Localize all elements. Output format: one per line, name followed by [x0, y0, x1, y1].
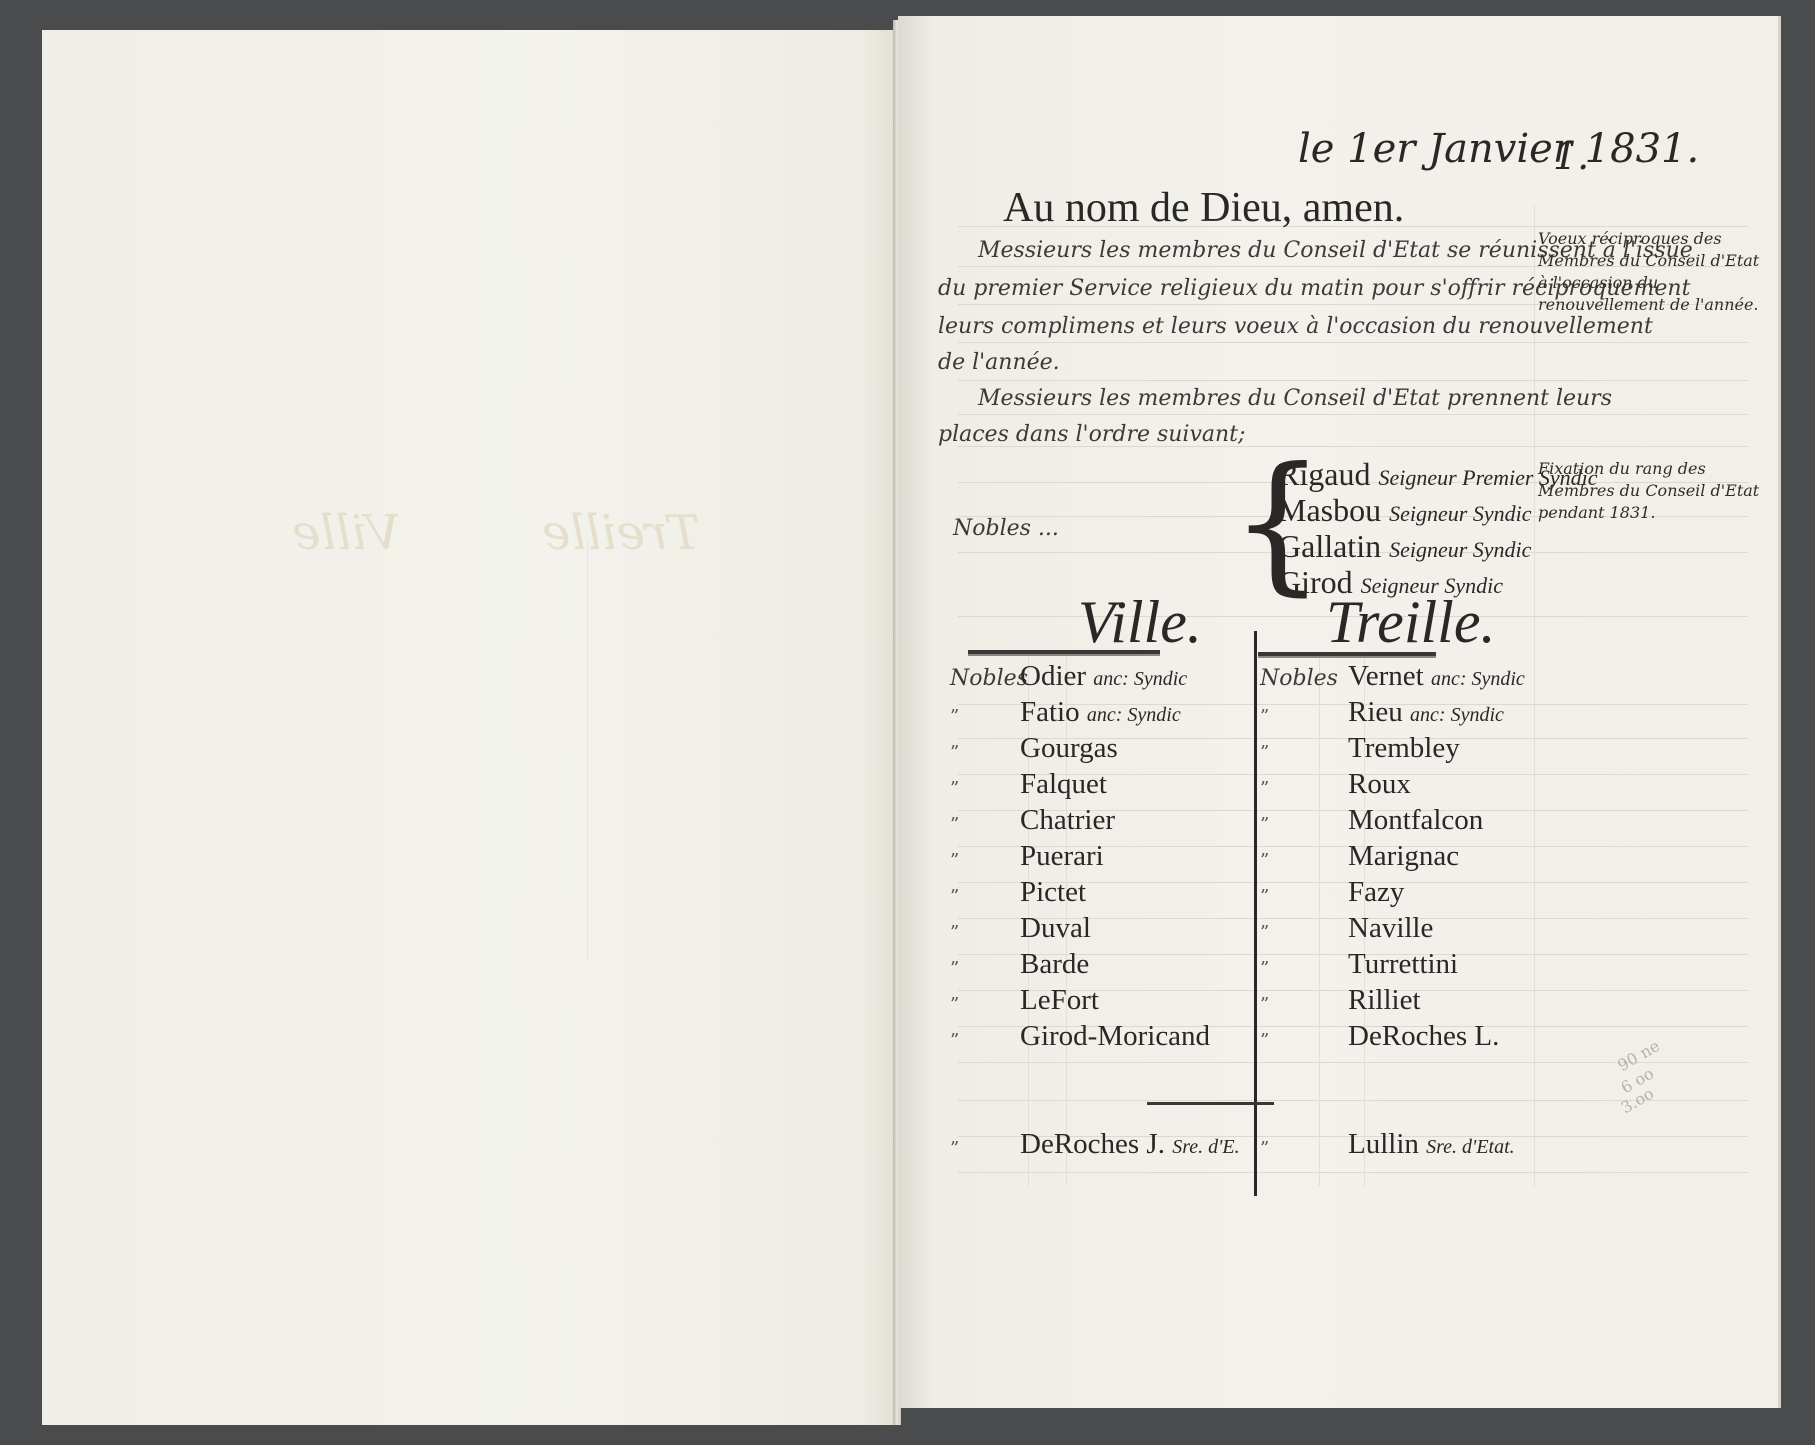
ditto-mark: ” — [1260, 922, 1269, 943]
member-name: Montfalcon — [1348, 804, 1483, 836]
member-row: Trembley — [1348, 732, 1460, 765]
member-name: Fazy — [1348, 876, 1404, 908]
member-name: Fatio — [1020, 696, 1080, 728]
member-row: Turrettini — [1348, 948, 1458, 981]
member-row: Rilliet — [1348, 984, 1421, 1017]
member-name: Vernet — [1348, 660, 1424, 692]
member-name: Barde — [1020, 948, 1089, 980]
nobles-label: Nobles — [950, 666, 1028, 691]
syndic-entry: Masbou Seigneur Syndic — [1278, 492, 1531, 529]
member-row: LeFort — [1020, 984, 1099, 1017]
member-name: Duval — [1020, 912, 1091, 944]
margin-note-fixation: Fixation du rang des Membres du Conseil … — [1538, 458, 1768, 524]
bleed-through-divider — [587, 540, 588, 960]
member-name: Rieu — [1348, 696, 1403, 728]
ditto-mark: ” — [1260, 814, 1269, 835]
member-row: Falquet — [1020, 768, 1107, 801]
member-row: Gourgas — [1020, 732, 1118, 765]
page-number: 1. — [1553, 134, 1589, 178]
syndic-title: Seigneur Syndic — [1389, 501, 1531, 526]
ruling-line — [958, 342, 1748, 343]
syndic-name: Gallatin — [1278, 528, 1381, 564]
ditto-mark: ” — [1260, 958, 1269, 979]
ditto-mark: ” — [1260, 1138, 1269, 1159]
member-title: anc: Syndic — [1431, 668, 1525, 690]
ditto-mark: ” — [1260, 886, 1269, 907]
member-name: Marignac — [1348, 840, 1459, 872]
secretary-title: Sre. d'Etat. — [1426, 1136, 1515, 1158]
member-name: Naville — [1348, 912, 1433, 944]
ditto-mark: ” — [950, 814, 959, 835]
column-divider — [1254, 631, 1257, 1196]
member-row: Rieu anc: Syndic — [1348, 696, 1504, 729]
secretary-row: DeRoches J. Sre. d'E. — [1020, 1128, 1240, 1161]
secretary-name: DeRoches J. — [1020, 1128, 1165, 1160]
member-row: Chatrier — [1020, 804, 1115, 837]
member-name: Falquet — [1020, 768, 1107, 800]
member-name: LeFort — [1020, 984, 1099, 1016]
ditto-mark: ” — [950, 886, 959, 907]
column-heading-treille: Treille. — [1326, 588, 1495, 657]
paragraph-1-line-4: de l'année. — [938, 350, 1060, 375]
member-row: Girod-Moricand — [1020, 1020, 1210, 1053]
syndic-name: Rigaud — [1278, 456, 1370, 492]
ditto-mark: ” — [1260, 1030, 1269, 1051]
margin-vertical-rule — [1534, 206, 1535, 1186]
member-row: Puerari — [1020, 840, 1104, 873]
bleed-through-treille: Ville — [292, 505, 400, 561]
ruling-line — [958, 380, 1748, 381]
paragraph-2-line-1: Messieurs les membres du Conseil d'Etat … — [978, 386, 1612, 411]
nobles-label: Nobles — [1260, 666, 1338, 691]
member-name: Trembley — [1348, 732, 1460, 764]
member-row: Montfalcon — [1348, 804, 1483, 837]
syndics-nobles-label: Nobles ... — [953, 516, 1059, 541]
member-name: Rilliet — [1348, 984, 1421, 1016]
member-row: Vernet anc: Syndic — [1348, 660, 1525, 693]
invocation-heading: Au nom de Dieu, amen. — [1003, 184, 1404, 232]
column-heading-ville: Ville. — [1078, 588, 1202, 657]
ditto-mark: ” — [1260, 850, 1269, 871]
ditto-mark: ” — [950, 958, 959, 979]
ditto-mark: ” — [950, 706, 959, 727]
member-row: Pictet — [1020, 876, 1086, 909]
member-name: Girod-Moricand — [1020, 1020, 1210, 1052]
ditto-mark: ” — [1260, 778, 1269, 799]
ditto-mark: ” — [950, 1030, 959, 1051]
member-row: Roux — [1348, 768, 1411, 801]
secretary-row: Lullin Sre. d'Etat. — [1348, 1128, 1515, 1161]
paragraph-1-line-3: leurs complimens et leurs voeux à l'occa… — [938, 314, 1653, 339]
ditto-mark: ” — [950, 1138, 959, 1159]
member-name: Puerari — [1020, 840, 1104, 872]
ditto-mark: ” — [1260, 706, 1269, 727]
member-name: Pictet — [1020, 876, 1086, 908]
member-name: Chatrier — [1020, 804, 1115, 836]
left-page: Treille Ville — [42, 30, 894, 1425]
ditto-mark: ” — [950, 742, 959, 763]
margin-vertical-rule — [1319, 656, 1320, 1186]
member-row: Barde — [1020, 948, 1089, 981]
member-name: Roux — [1348, 768, 1411, 800]
member-name: Turrettini — [1348, 948, 1458, 980]
member-name: Odier — [1020, 660, 1086, 692]
member-row: Naville — [1348, 912, 1433, 945]
right-page: le 1er Janvier 1831. 1. Au nom de Dieu, … — [898, 16, 1781, 1408]
secretary-name: Lullin — [1348, 1128, 1419, 1160]
member-row: Odier anc: Syndic — [1020, 660, 1187, 693]
member-name: DeRoches L. — [1348, 1020, 1499, 1052]
margin-note-voeux: Voeux réciproques des Membres du Conseil… — [1538, 228, 1768, 316]
ruling-line — [958, 414, 1748, 415]
syndic-title: Seigneur Syndic — [1389, 537, 1531, 562]
ville-underline — [968, 650, 1160, 656]
member-title: anc: Syndic — [1410, 704, 1504, 726]
entry-date: le 1er Janvier 1831. — [1298, 126, 1699, 172]
member-name: Gourgas — [1020, 732, 1118, 764]
paragraph-2-line-2: places dans l'ordre suivant; — [938, 422, 1245, 447]
member-title: anc: Syndic — [1093, 668, 1187, 690]
syndic-name: Masbou — [1278, 492, 1381, 528]
secretary-separator — [1147, 1102, 1274, 1105]
member-row: Duval — [1020, 912, 1091, 945]
member-row: Marignac — [1348, 840, 1459, 873]
member-title: anc: Syndic — [1087, 704, 1181, 726]
ruling-line — [958, 1172, 1748, 1173]
bleed-through-ville: Treille — [542, 505, 700, 561]
syndic-entry: Gallatin Seigneur Syndic — [1278, 528, 1531, 565]
ditto-mark: ” — [950, 778, 959, 799]
member-row: DeRoches L. — [1348, 1020, 1499, 1053]
ditto-mark: ” — [950, 994, 959, 1015]
ditto-mark: ” — [950, 850, 959, 871]
member-row: Fazy — [1348, 876, 1404, 909]
secretary-title: Sre. d'E. — [1172, 1136, 1239, 1158]
member-row: Fatio anc: Syndic — [1020, 696, 1181, 729]
treille-underline — [1258, 652, 1436, 658]
ditto-mark: ” — [1260, 742, 1269, 763]
ditto-mark: ” — [950, 922, 959, 943]
ditto-mark: ” — [1260, 994, 1269, 1015]
